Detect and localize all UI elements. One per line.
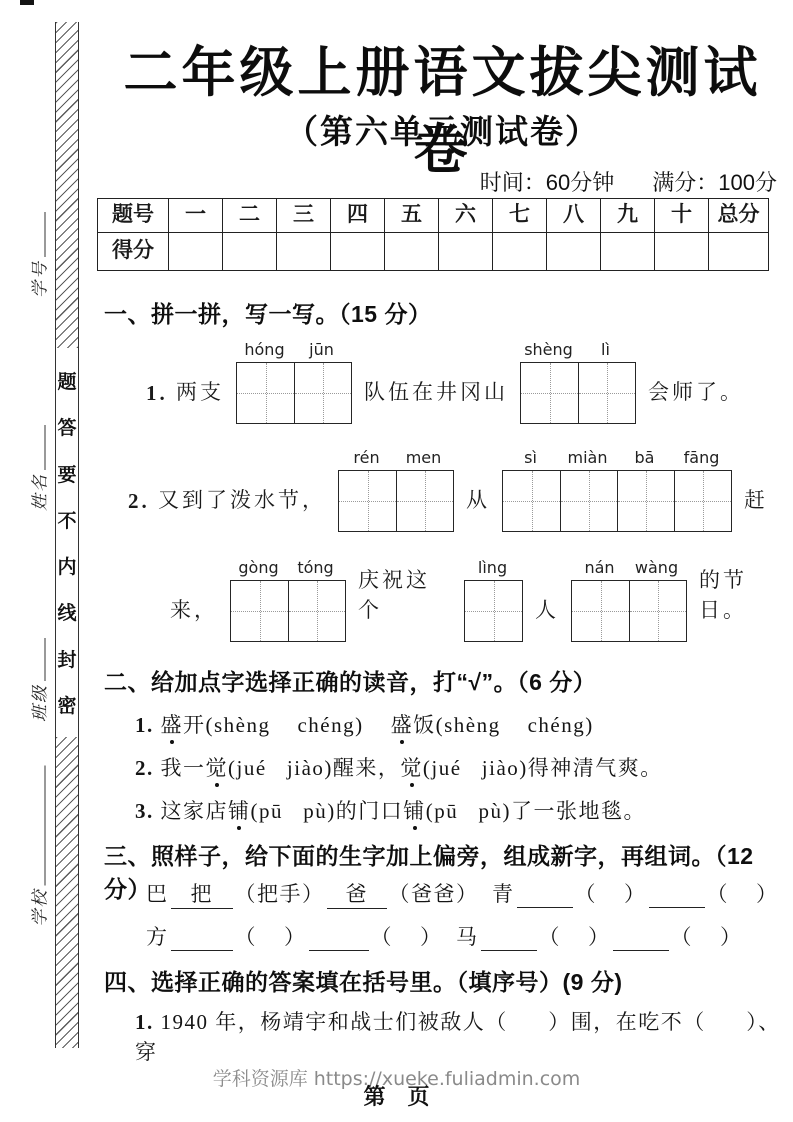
writing-box: sìmiànbāfāng bbox=[502, 448, 732, 532]
score-table-header-row: 题号 一二三四五六七八九十总分 bbox=[98, 199, 768, 232]
score-cell[interactable] bbox=[654, 233, 708, 270]
answer-blank[interactable] bbox=[171, 925, 233, 951]
dotted-character: 觉 bbox=[206, 756, 229, 780]
score-cell[interactable] bbox=[438, 233, 492, 270]
score-table-score-row: 得分 bbox=[98, 232, 768, 270]
pinyin-syllable: jūn bbox=[293, 340, 350, 359]
dotted-character: 铺 bbox=[228, 799, 251, 823]
writing-box: lìng bbox=[464, 558, 523, 642]
score-table-header-cell: 七 bbox=[492, 199, 546, 232]
exam-meta: 时间：60分钟 满分：100分 bbox=[480, 166, 777, 197]
score-table-header-cell: 三 bbox=[276, 199, 330, 232]
writing-cell[interactable] bbox=[617, 471, 674, 531]
section-one-row-1: 1. 两支hóngjūn队伍在井冈山shènglì会师了。 bbox=[146, 340, 744, 424]
dotted-character: 盛 bbox=[161, 713, 184, 737]
score-table-header-cell: 四 bbox=[330, 199, 384, 232]
score-table-header-cell: 八 bbox=[546, 199, 600, 232]
school-blank[interactable] bbox=[43, 766, 46, 886]
exam-time: 时间：60分钟 bbox=[480, 166, 614, 197]
score-table-header-cell: 六 bbox=[438, 199, 492, 232]
character-cells bbox=[502, 470, 732, 532]
exam-full-score: 满分：100分 bbox=[652, 166, 777, 197]
writing-cell[interactable] bbox=[288, 581, 345, 641]
text-segment: 马 bbox=[456, 925, 479, 949]
student-id-field: 学号 bbox=[26, 212, 51, 298]
pinyin-row: sìmiànbāfāng bbox=[502, 448, 732, 467]
school-label: 学校 bbox=[31, 889, 50, 927]
text-segment: （把手） bbox=[235, 882, 325, 906]
text-segment: （ ） bbox=[371, 925, 443, 949]
seal-hatch-bottom bbox=[56, 737, 78, 1048]
score-row-label: 得分 bbox=[98, 233, 168, 270]
pinyin-syllable: lìng bbox=[464, 558, 521, 577]
seal-char: 密 bbox=[57, 691, 76, 718]
text-segment: 两支 bbox=[176, 376, 224, 424]
pinyin-syllable: miàn bbox=[559, 448, 616, 467]
section-one-row-3: 来，gòngtóng庆祝这个lìng人nánwàng的节日。 bbox=[170, 558, 793, 642]
text-segment bbox=[479, 882, 493, 906]
writing-cell[interactable] bbox=[294, 363, 351, 423]
dotted-character: 觉 bbox=[400, 756, 423, 780]
section-four-heading: 四、选择正确的答案填在括号里。（填序号）(9 分) bbox=[104, 964, 623, 997]
dotted-character: 铺 bbox=[403, 799, 426, 823]
text-segment: 方 bbox=[146, 925, 169, 949]
character-cells bbox=[230, 580, 346, 642]
section-three-row-1: 巴把（把手）爸（爸爸） 青 （ ） （ ） bbox=[146, 878, 779, 909]
student-name-field: 姓名 bbox=[26, 425, 51, 511]
text-segment: (pū pù)了一张地毯。 bbox=[426, 799, 646, 823]
pinyin-syllable: fāng bbox=[673, 448, 730, 467]
seal-char: 答 bbox=[57, 413, 76, 440]
answer-blank[interactable] bbox=[517, 882, 573, 908]
section-four-item-1: 1. 1940 年，杨靖宇和战士们被敌人（ ）围，在吃不（ ）、穿 bbox=[135, 1006, 793, 1066]
score-table-header-cell: 总分 bbox=[708, 199, 768, 232]
writing-cell[interactable] bbox=[560, 471, 617, 531]
text-segment: 1. bbox=[135, 1010, 161, 1034]
score-cell[interactable] bbox=[168, 233, 222, 270]
answer-blank[interactable] bbox=[481, 925, 537, 951]
writing-cell[interactable] bbox=[521, 363, 578, 423]
school-field: 学校 bbox=[26, 766, 51, 927]
character-cells bbox=[520, 362, 636, 424]
dotted-character: 盛 bbox=[391, 713, 414, 737]
score-table-header-cell: 五 bbox=[384, 199, 438, 232]
section-one-heading: 一、拼一拼，写一写。（15 分） bbox=[104, 296, 431, 329]
text-segment: 人 bbox=[535, 594, 559, 642]
writing-box: hóngjūn bbox=[236, 340, 352, 424]
score-cell[interactable] bbox=[330, 233, 384, 270]
text-segment: （ ） bbox=[539, 925, 611, 949]
class-blank[interactable] bbox=[43, 638, 46, 681]
pinyin-row: gòngtóng bbox=[230, 558, 346, 577]
class-label: 班级 bbox=[31, 684, 50, 722]
writing-cell[interactable] bbox=[578, 363, 635, 423]
text-segment: （ ） bbox=[575, 882, 647, 906]
score-table-header-cell: 一 bbox=[168, 199, 222, 232]
text-segment: 1. bbox=[135, 713, 161, 737]
text-segment: (jué jiào)醒来， bbox=[228, 756, 400, 780]
text-segment: 的节日。 bbox=[699, 564, 793, 642]
class-field: 班级 bbox=[26, 638, 51, 722]
pinyin-syllable: hóng bbox=[236, 340, 293, 359]
score-cell[interactable] bbox=[384, 233, 438, 270]
paper-subtitle: （第六单元测试卷） bbox=[285, 113, 600, 150]
score-table-header-cell: 二 bbox=[222, 199, 276, 232]
character-cells bbox=[236, 362, 352, 424]
writing-cell[interactable] bbox=[339, 471, 396, 531]
pinyin-row: lìng bbox=[464, 558, 523, 577]
pinyin-syllable: shèng bbox=[520, 340, 577, 359]
text-segment: 1940 年，杨靖宇和战士们被敌人（ ）围，在吃不（ ）、穿 bbox=[135, 1010, 781, 1064]
section-two-heading: 二、给加点字选择正确的读音，打“√”。（6 分） bbox=[104, 664, 596, 697]
seal-char: 封 bbox=[57, 645, 76, 672]
text-segment: (jué jiào)得神清气爽。 bbox=[423, 756, 663, 780]
writing-cell[interactable] bbox=[465, 581, 522, 641]
text-segment: 2. bbox=[128, 489, 158, 532]
writing-cell[interactable] bbox=[629, 581, 686, 641]
text-segment: 队伍在井冈山 bbox=[364, 376, 508, 424]
text-segment: 庆祝这个 bbox=[358, 564, 452, 642]
section-two-item-3: 3. 这家店铺(pū pù)的门口铺(pū pù)了一张地毯。 bbox=[135, 795, 646, 825]
pinyin-row: rénmen bbox=[338, 448, 454, 467]
pinyin-syllable: bā bbox=[616, 448, 673, 467]
scan-artifact bbox=[20, 0, 34, 5]
text-segment: 2. bbox=[135, 756, 161, 780]
score-cell[interactable] bbox=[708, 233, 768, 270]
text-segment: 巴 bbox=[146, 882, 169, 906]
character-cells bbox=[464, 580, 523, 642]
writing-cell[interactable] bbox=[396, 471, 453, 531]
student-id-label: 学号 bbox=[31, 260, 50, 298]
writing-cell[interactable] bbox=[572, 581, 629, 641]
seal-line-text: 题答要不内线封密 bbox=[56, 348, 78, 737]
score-cell[interactable] bbox=[492, 233, 546, 270]
pinyin-row: nánwàng bbox=[571, 558, 687, 577]
score-table: 题号 一二三四五六七八九十总分 得分 bbox=[97, 198, 769, 271]
text-segment: 饭(shèng chéng) bbox=[413, 713, 594, 737]
pinyin-row: shènglì bbox=[520, 340, 636, 359]
text-segment: 从 bbox=[466, 484, 490, 532]
text-segment: 我一 bbox=[161, 756, 206, 780]
text-segment: 来， bbox=[170, 594, 218, 642]
writing-box: nánwàng bbox=[571, 558, 687, 642]
text-segment: 开(shèng chéng) bbox=[183, 713, 391, 737]
text-segment: （ ） bbox=[707, 882, 779, 906]
test-paper-page: 学号 姓名 班级 学校 题答要不内线封密 二年级上册语文拔尖测试卷 （第六单元测… bbox=[0, 0, 793, 1122]
section-two-item-2: 2. 我一觉(jué jiào)醒来，觉(jué jiào)得神清气爽。 bbox=[135, 752, 663, 782]
text-segment: 青 bbox=[492, 882, 515, 906]
section-one-row-2: 2. 又到了泼水节，rénmen从sìmiànbāfāng赶 bbox=[128, 448, 768, 532]
text-segment: （爸爸） bbox=[389, 882, 479, 906]
seal-char: 要 bbox=[57, 460, 76, 487]
text-segment: (pū pù)的门口 bbox=[251, 799, 404, 823]
pinyin-syllable: rén bbox=[338, 448, 395, 467]
seal-char: 线 bbox=[57, 598, 76, 625]
character-cells bbox=[571, 580, 687, 642]
writing-cell[interactable] bbox=[503, 471, 560, 531]
pinyin-syllable: tóng bbox=[287, 558, 344, 577]
character-cells bbox=[338, 470, 454, 532]
score-table-corner: 题号 bbox=[98, 199, 168, 232]
writing-box: gòngtóng bbox=[230, 558, 346, 642]
seal-hatch-top bbox=[56, 22, 78, 348]
pinyin-syllable: lì bbox=[577, 340, 634, 359]
text-segment: （ ） bbox=[235, 925, 307, 949]
writing-cell[interactable] bbox=[231, 581, 288, 641]
text-segment: 这家店 bbox=[161, 799, 229, 823]
writing-box: shènglì bbox=[520, 340, 636, 424]
pinyin-syllable: gòng bbox=[230, 558, 287, 577]
text-segment: 又到了泼水节， bbox=[158, 484, 326, 532]
text-segment: 赶 bbox=[744, 484, 768, 532]
seal-char: 题 bbox=[57, 367, 76, 394]
student-name-blank[interactable] bbox=[43, 425, 46, 470]
pinyin-row: hóngjūn bbox=[236, 340, 352, 359]
student-id-blank[interactable] bbox=[43, 212, 46, 257]
pinyin-syllable: sì bbox=[502, 448, 559, 467]
seal-char: 不 bbox=[57, 506, 76, 533]
section-two-item-1: 1. 盛开(shèng chéng) 盛饭(shèng chéng) bbox=[135, 709, 594, 739]
subtitle-wrap: （第六单元测试卷） bbox=[95, 106, 790, 153]
student-name-label: 姓名 bbox=[31, 473, 50, 511]
score-cell[interactable] bbox=[546, 233, 600, 270]
answer-blank[interactable] bbox=[309, 925, 369, 951]
text-segment: 会师了。 bbox=[648, 376, 744, 424]
page-number-label: 第 页 bbox=[0, 1080, 793, 1111]
pinyin-syllable: nán bbox=[571, 558, 628, 577]
answer-blank[interactable]: 爸 bbox=[327, 878, 387, 909]
text-segment bbox=[443, 925, 457, 949]
pinyin-syllable: wàng bbox=[628, 558, 685, 577]
score-table-header-cell: 十 bbox=[654, 199, 708, 232]
text-segment: 3. bbox=[135, 799, 161, 823]
section-three-row-2: 方 （ ） （ ） 马 （ ） （ ） bbox=[146, 921, 743, 951]
text-segment: 1. bbox=[146, 381, 176, 424]
text-segment: （ ） bbox=[671, 925, 743, 949]
seal-line-strip: 题答要不内线封密 bbox=[55, 22, 79, 1048]
answer-blank[interactable] bbox=[613, 925, 669, 951]
answer-blank[interactable]: 把 bbox=[171, 878, 233, 909]
pinyin-syllable: men bbox=[395, 448, 452, 467]
score-table-header-cell: 九 bbox=[600, 199, 654, 232]
writing-cell[interactable] bbox=[237, 363, 294, 423]
score-cell[interactable] bbox=[600, 233, 654, 270]
writing-box: rénmen bbox=[338, 448, 454, 532]
answer-blank[interactable] bbox=[649, 882, 705, 908]
writing-cell[interactable] bbox=[674, 471, 731, 531]
score-cell[interactable] bbox=[276, 233, 330, 270]
seal-char: 内 bbox=[57, 552, 76, 579]
score-cell[interactable] bbox=[222, 233, 276, 270]
